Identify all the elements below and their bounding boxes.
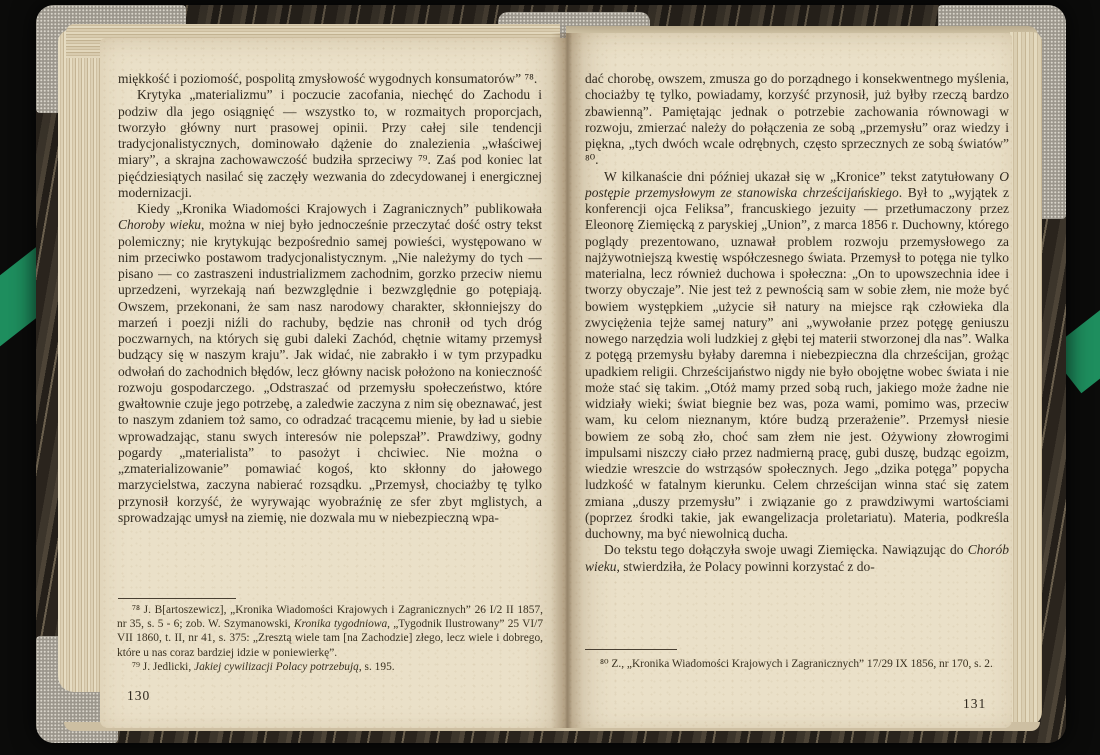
page-edge-stack-right <box>1010 32 1042 726</box>
paragraph: Do tekstu tego dołączyła swoje uwagi Zie… <box>585 542 1009 575</box>
footnote-rule-left <box>118 598 236 599</box>
footnote-rule-right <box>585 649 677 650</box>
paragraph: dać chorobę, owszem, zmusza go do porząd… <box>585 71 1009 169</box>
page-number-left: 130 <box>127 688 150 704</box>
footnote: ⁷⁸ J. B[artoszewicz], „Kronika Wiadomośc… <box>117 603 543 660</box>
paragraph: miękkość i poziomość, pospolitą zmysłowo… <box>118 71 542 87</box>
page-edge-stack-left <box>58 30 104 692</box>
page-number-right: 131 <box>963 696 986 712</box>
page-right-footnotes: ⁸⁰ Z., „Kronika Wiadomości Krajowych i Z… <box>585 657 1011 671</box>
paragraph: Kiedy „Kronika Wiadomości Krajowych i Za… <box>118 201 542 526</box>
paragraph: W kilkanaście dni później ukazał się w „… <box>585 169 1009 543</box>
paragraph: Krytyka „materializmu” i poczucie zacofa… <box>118 87 542 201</box>
footnote: ⁸⁰ Z., „Kronika Wiadomości Krajowych i Z… <box>585 657 1011 671</box>
page-right-body-text: dać chorobę, owszem, zmusza go do porząd… <box>585 71 1009 643</box>
footnote: ⁷⁹ J. Jedlicki, Jakiej cywilizacji Polac… <box>117 660 543 674</box>
page-left-body-text: miękkość i poziomość, pospolitą zmysłowo… <box>118 71 542 595</box>
page-left-footnotes: ⁷⁸ J. B[artoszewicz], „Kronika Wiadomośc… <box>117 603 543 674</box>
